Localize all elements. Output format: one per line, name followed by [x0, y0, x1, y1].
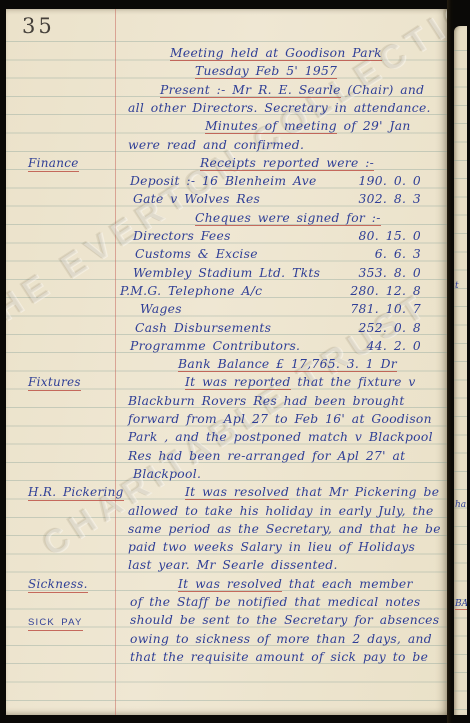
line-text: forward from Apl 27 to Feb 16' at Goodis…: [128, 412, 432, 427]
next-page-text-fragment: t: [455, 281, 459, 291]
handwritten-line: Minutes of meeting of 29' Jan: [6, 119, 447, 135]
underlined-phrase: Minutes of meeting: [205, 119, 337, 134]
line-text: same period as the Secretary, and that h…: [128, 522, 441, 537]
handwritten-line: Bank Balance £ 17,765. 3. 1 Dr: [6, 357, 447, 373]
handwritten-line: Cash Disbursements252. 0. 8: [6, 321, 447, 337]
phrase: Directors Fees: [133, 229, 231, 243]
phrase: (Chair) and: [341, 83, 425, 97]
handwritten-line: Programme Contributors.44. 2. 0: [6, 339, 447, 355]
phrase: Park , and the postponed match v Blackpo…: [128, 430, 433, 444]
line-text: all other Directors. Secretary in attend…: [128, 101, 431, 116]
line-text: were read and confirmed.: [128, 138, 304, 153]
phrase: Blackburn Rovers Res had been brought: [128, 394, 405, 408]
handwritten-line: allowed to take his holiday in early Jul…: [6, 504, 447, 520]
margin-heading: H.R. Pickering: [28, 485, 124, 501]
next-page-text-fragment: ha: [455, 500, 466, 510]
handwritten-line: last year. Mr Searle dissented.: [6, 558, 447, 574]
page-number: 35: [22, 14, 55, 38]
handwritten-line: Park , and the postponed match v Blackpo…: [6, 430, 447, 446]
handwritten-line: owing to sickness of more than 2 days, a…: [6, 632, 447, 648]
handwritten-line: P.M.G. Telephone A/c280. 12. 8: [6, 284, 447, 300]
handwritten-line: Directors Fees80. 15. 0: [6, 229, 447, 245]
amount-value: 190. 0. 0: [359, 174, 421, 189]
handwritten-line: Customs & Excise6. 6. 3: [6, 247, 447, 263]
line-text: paid two weeks Salary in lieu of Holiday…: [128, 540, 415, 555]
line-text: It was reported that the fixture v: [185, 375, 416, 390]
phrase: forward from Apl 27 to Feb 16' at Goodis…: [128, 412, 432, 426]
handwritten-line: Wages781. 10. 7: [6, 302, 447, 318]
phrase: of 29' Jan: [337, 119, 411, 133]
margin-heading: Fixtures: [28, 375, 81, 391]
phrase: Blackpool.: [133, 467, 201, 481]
phrase: that each member: [282, 577, 413, 591]
amount-value: 44. 2. 0: [367, 339, 421, 354]
book-gutter-shadow: [447, 0, 454, 723]
handwritten-line: Wembley Stadium Ltd. Tkts353. 8. 0: [6, 266, 447, 282]
handwritten-line: FinanceReceipts reported were :-: [6, 156, 447, 172]
underlined-phrase: Cheques were signed for :-: [195, 211, 381, 226]
handwritten-line: H.R. PickeringIt was resolved that Mr Pi…: [6, 485, 447, 501]
handwritten-line: SICK PAYshould be sent to the Secretary …: [6, 613, 447, 629]
handwritten-line: Deposit :- 16 Blenheim Ave190. 0. 0: [6, 174, 447, 190]
handwritten-line: Res had been re-arranged for Apl 27' at: [6, 449, 447, 465]
line-text: should be sent to the Secretary for abse…: [130, 613, 439, 628]
phrase: that Mr Pickering be: [289, 485, 439, 499]
phrase: all other Directors. Secretary in attend…: [128, 101, 431, 115]
handwritten-line: that the requisite amount of sick pay to…: [6, 650, 447, 666]
phrase: should be sent to the Secretary for abse…: [130, 613, 439, 627]
amount-value: 781. 10. 7: [350, 302, 421, 317]
line-text: allowed to take his holiday in early Jul…: [128, 504, 434, 519]
phrase: Programme Contributors.: [130, 339, 300, 353]
line-text: Customs & Excise: [135, 247, 258, 262]
next-page-edge: thaBA: [454, 26, 467, 715]
underlined-phrase: It was resolved: [178, 577, 282, 592]
line-text: Wembley Stadium Ltd. Tkts: [133, 266, 320, 281]
handwritten-line: all other Directors. Secretary in attend…: [6, 101, 447, 117]
amount-value: 80. 15. 0: [359, 229, 421, 244]
line-text: Present :- Mr R. E. Searle (Chair) and: [160, 83, 424, 98]
line-text: Cash Disbursements: [135, 321, 271, 336]
line-text: Gate v Wolves Res: [133, 192, 260, 207]
phrase: that the fixture v: [291, 375, 416, 389]
line-text: Deposit :- 16 Blenheim Ave: [130, 174, 317, 189]
minute-book-scan: 35 THE EVERTON COLLECTION CHARITABLE TRU…: [0, 0, 470, 723]
phrase: Customs & Excise: [135, 247, 258, 261]
phrase: allowed to take his holiday in early Jul…: [128, 504, 434, 518]
phrase: Gate v Wolves Res: [133, 192, 260, 206]
phrase: Deposit :- 16 Blenheim Ave: [130, 174, 317, 188]
underlined-phrase: Tuesday Feb 5' 1957: [195, 64, 337, 79]
line-text: Cheques were signed for :-: [195, 211, 381, 226]
handwritten-line: FixturesIt was reported that the fixture…: [6, 375, 447, 391]
line-text: Res had been re-arranged for Apl 27' at: [128, 449, 405, 464]
phrase: Wembley Stadium Ltd. Tkts: [133, 266, 320, 280]
handwritten-line: Present :- Mr R. E. Searle (Chair) and: [6, 83, 447, 99]
handwritten-line: Tuesday Feb 5' 1957: [6, 64, 447, 80]
line-text: It was resolved that each member: [178, 577, 413, 592]
handwritten-line: same period as the Secretary, and that h…: [6, 522, 447, 538]
handwritten-line: of the Staff be notified that medical no…: [6, 595, 447, 611]
phrase: last year. Mr Searle dissented.: [128, 558, 338, 572]
underlined-phrase: Receipts reported were :-: [200, 156, 374, 171]
line-text: Blackburn Rovers Res had been brought: [128, 394, 405, 409]
amount-value: 302. 8. 3: [359, 192, 421, 207]
next-page-ruled-lines: [454, 50, 467, 715]
handwritten-line: Cheques were signed for :-: [6, 211, 447, 227]
handwritten-line: Blackburn Rovers Res had been brought: [6, 394, 447, 410]
handwritten-line: Blackpool.: [6, 467, 447, 483]
phrase: same period as the Secretary, and that h…: [128, 522, 441, 536]
margin-heading: Sickness.: [28, 577, 88, 593]
handwritten-line: were read and confirmed.: [6, 138, 447, 154]
margin-heading: SICK PAY: [28, 613, 83, 631]
line-text: P.M.G. Telephone A/c: [120, 284, 262, 299]
line-text: of the Staff be notified that medical no…: [130, 595, 421, 610]
line-text: Meeting held at Goodison Park: [170, 46, 382, 61]
phrase: Cash Disbursements: [135, 321, 271, 335]
phrase: Wages: [140, 302, 182, 316]
handwritten-line: Meeting held at Goodison Park: [6, 46, 447, 62]
line-text: Tuesday Feb 5' 1957: [195, 64, 337, 79]
handwritten-line: Sickness.It was resolved that each membe…: [6, 577, 447, 593]
handwritten-line: paid two weeks Salary in lieu of Holiday…: [6, 540, 447, 556]
line-text: It was resolved that Mr Pickering be: [185, 485, 439, 500]
phrase: paid two weeks Salary in lieu of Holiday…: [128, 540, 415, 554]
amount-value: 252. 0. 8: [359, 321, 421, 336]
underlined-phrase: It was reported: [185, 375, 291, 390]
phrase: Res had been re-arranged for Apl 27' at: [128, 449, 405, 463]
underlined-phrase: Present :- Mr R. E. Searle: [160, 83, 341, 98]
margin-heading: Finance: [28, 156, 79, 172]
underlined-phrase: Meeting held at Goodison Park: [170, 46, 382, 61]
handwritten-line: forward from Apl 27 to Feb 16' at Goodis…: [6, 412, 447, 428]
line-text: owing to sickness of more than 2 days, a…: [130, 632, 432, 647]
phrase: were read and confirmed.: [128, 138, 304, 152]
next-page-text-fragment: BA: [455, 599, 467, 610]
phrase: that the requisite amount of sick pay to…: [130, 650, 428, 664]
line-text: Bank Balance £ 17,765. 3. 1 Dr: [178, 357, 397, 372]
line-text: Minutes of meeting of 29' Jan: [205, 119, 411, 134]
line-text: Park , and the postponed match v Blackpo…: [128, 430, 433, 445]
line-text: Blackpool.: [133, 467, 201, 482]
line-text: Programme Contributors.: [130, 339, 300, 354]
line-text: Receipts reported were :-: [200, 156, 374, 171]
phrase: owing to sickness of more than 2 days, a…: [130, 632, 432, 646]
amount-value: 6. 6. 3: [375, 247, 421, 262]
line-text: that the requisite amount of sick pay to…: [130, 650, 428, 665]
underlined-phrase: It was resolved: [185, 485, 289, 500]
amount-value: 353. 8. 0: [359, 266, 421, 281]
phrase: P.M.G. Telephone A/c: [120, 284, 262, 298]
phrase: of the Staff be notified that medical no…: [130, 595, 421, 609]
line-text: last year. Mr Searle dissented.: [128, 558, 338, 573]
handwritten-line: Gate v Wolves Res302. 8. 3: [6, 192, 447, 208]
line-text: Directors Fees: [133, 229, 231, 244]
amount-value: 280. 12. 8: [350, 284, 421, 299]
ledger-page: 35 THE EVERTON COLLECTION CHARITABLE TRU…: [6, 9, 447, 715]
underlined-phrase: Bank Balance £ 17,765. 3. 1 Dr: [178, 357, 397, 372]
line-text: Wages: [140, 302, 182, 317]
